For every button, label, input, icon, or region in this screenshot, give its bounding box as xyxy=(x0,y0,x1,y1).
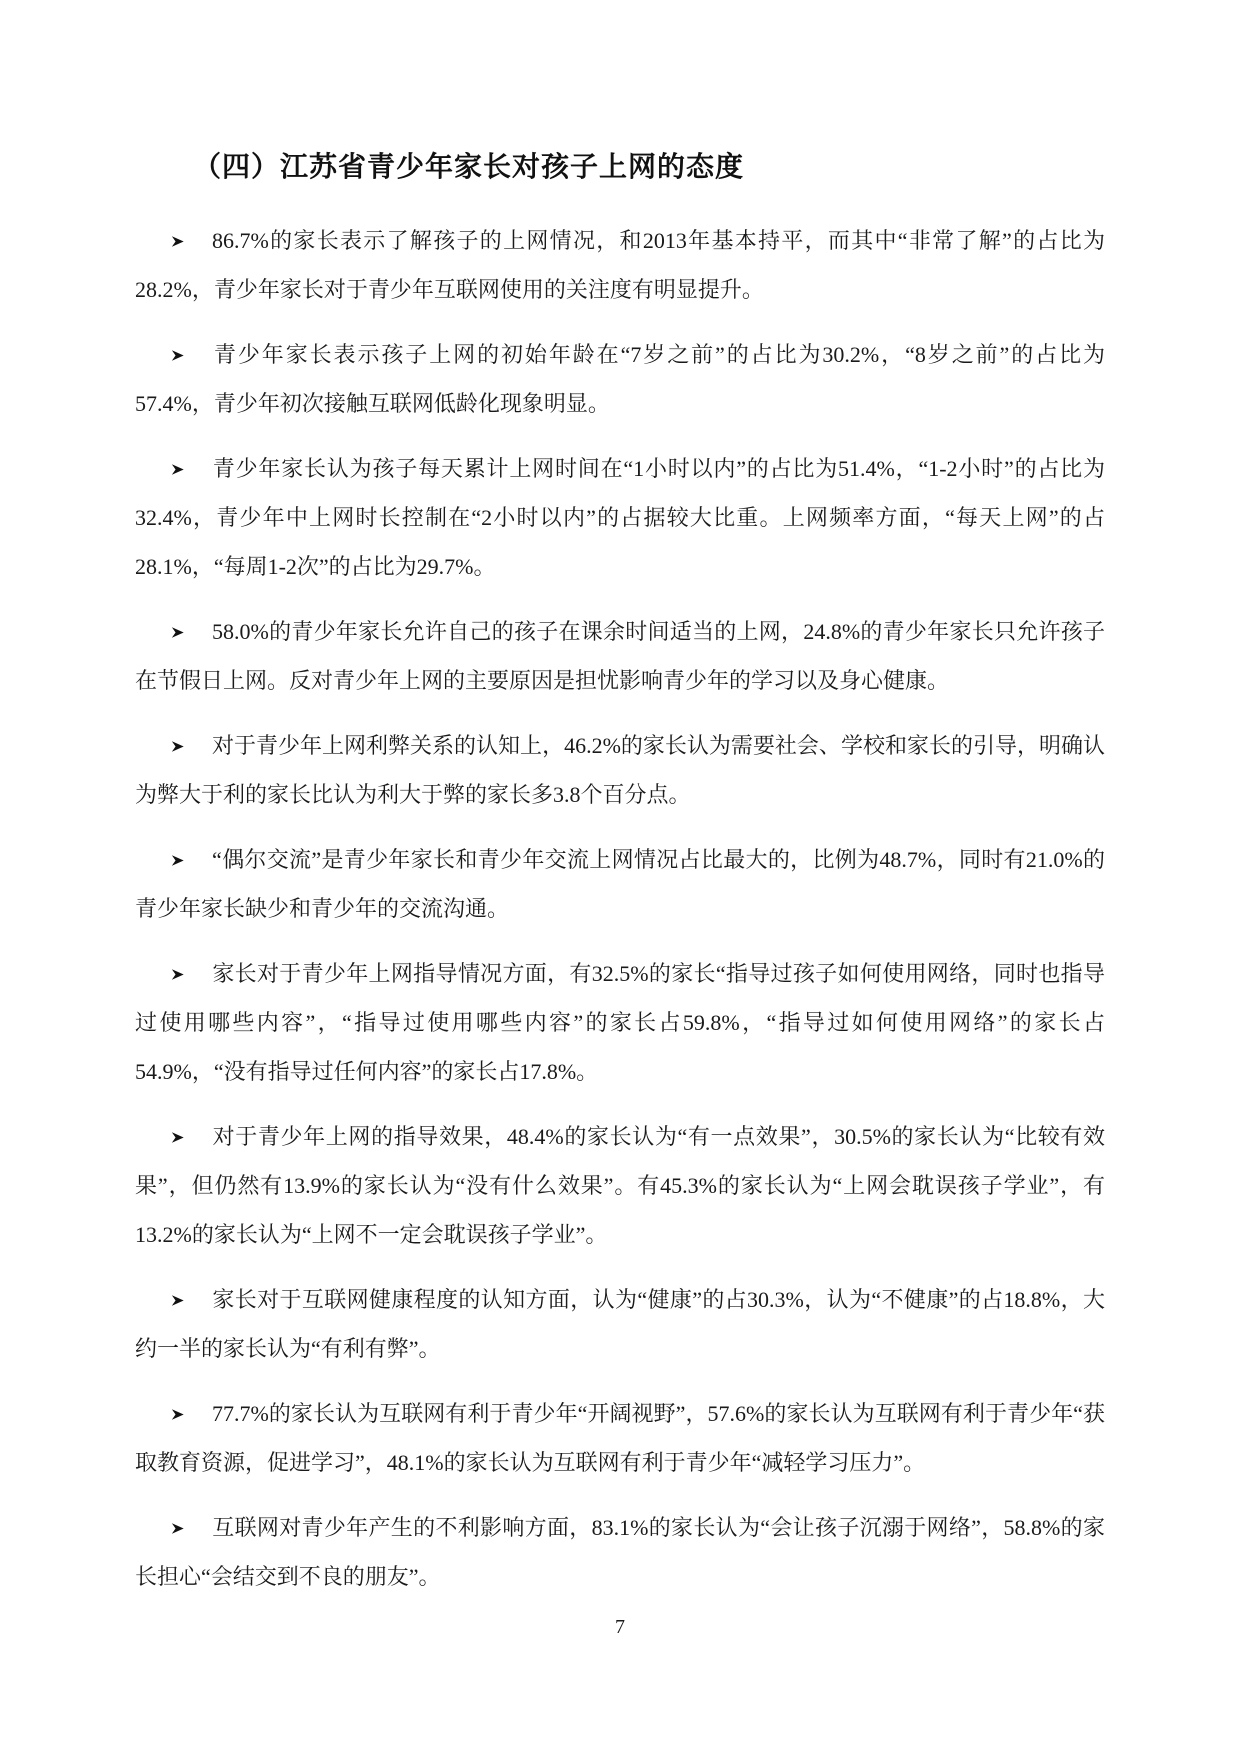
bullet-paragraph: 青少年家长表示孩子上网的初始年龄在“7岁之前”的占比为30.2%，“8岁之前”的… xyxy=(135,330,1105,428)
paragraph-text: 对于青少年上网利弊关系的认知上，46.2%的家长认为需要社会、学校和家长的引导，… xyxy=(135,733,1105,807)
bullet-paragraph: 86.7%的家长表示了解孩子的上网情况，和2013年基本持平，而其中“非常了解”… xyxy=(135,216,1105,314)
paragraph-text: 家长对于互联网健康程度的认知方面，认为“健康”的占30.3%，认为“不健康”的占… xyxy=(135,1287,1105,1361)
document-page: （四）江苏省青少年家长对孩子上网的态度 86.7%的家长表示了解孩子的上网情况，… xyxy=(0,0,1240,1754)
paragraph-text: 互联网对青少年产生的不利影响方面，83.1%的家长认为“会让孩子沉溺于网络”，5… xyxy=(135,1515,1105,1589)
bullet-paragraph: 58.0%的青少年家长允许自己的孩子在课余时间适当的上网，24.8%的青少年家长… xyxy=(135,607,1105,705)
paragraph-text: 青少年家长认为孩子每天累计上网时间在“1小时以内”的占比为51.4%，“1-2小… xyxy=(135,456,1105,579)
paragraph-text: 86.7%的家长表示了解孩子的上网情况，和2013年基本持平，而其中“非常了解”… xyxy=(135,228,1105,302)
arrow-bullet-icon xyxy=(171,216,186,265)
bullet-paragraph: 互联网对青少年产生的不利影响方面，83.1%的家长认为“会让孩子沉溺于网络”，5… xyxy=(135,1503,1105,1601)
page-number: 7 xyxy=(135,1607,1105,1647)
bullet-paragraph: 家长对于青少年上网指导情况方面，有32.5%的家长“指导过孩子如何使用网络，同时… xyxy=(135,949,1105,1096)
paragraph-text: 对于青少年上网的指导效果，48.4%的家长认为“有一点效果”，30.5%的家长认… xyxy=(135,1124,1105,1247)
arrow-bullet-icon xyxy=(171,1275,186,1324)
paragraph-text: 青少年家长表示孩子上网的初始年龄在“7岁之前”的占比为30.2%，“8岁之前”的… xyxy=(135,342,1105,416)
arrow-bullet-icon xyxy=(171,835,186,884)
bullet-paragraph: 对于青少年上网利弊关系的认知上，46.2%的家长认为需要社会、学校和家长的引导，… xyxy=(135,721,1105,819)
paragraph-text: 家长对于青少年上网指导情况方面，有32.5%的家长“指导过孩子如何使用网络，同时… xyxy=(135,961,1105,1084)
arrow-bullet-icon xyxy=(171,444,186,493)
arrow-bullet-icon xyxy=(171,721,186,770)
arrow-bullet-icon xyxy=(171,1503,186,1552)
section-title: （四）江苏省青少年家长对孩子上网的态度 xyxy=(193,146,1105,188)
arrow-bullet-icon xyxy=(171,1112,186,1161)
bullet-paragraph: 对于青少年上网的指导效果，48.4%的家长认为“有一点效果”，30.5%的家长认… xyxy=(135,1112,1105,1259)
paragraph-text: 58.0%的青少年家长允许自己的孩子在课余时间适当的上网，24.8%的青少年家长… xyxy=(135,619,1105,693)
bullet-paragraph: 青少年家长认为孩子每天累计上网时间在“1小时以内”的占比为51.4%，“1-2小… xyxy=(135,444,1105,591)
paragraph-text: 77.7%的家长认为互联网有利于青少年“开阔视野”，57.6%的家长认为互联网有… xyxy=(135,1401,1105,1475)
arrow-bullet-icon xyxy=(171,330,186,379)
bullet-paragraph: “偶尔交流”是青少年家长和青少年交流上网情况占比最大的，比例为48.7%，同时有… xyxy=(135,835,1105,933)
arrow-bullet-icon xyxy=(171,1389,186,1438)
bullet-paragraph: 家长对于互联网健康程度的认知方面，认为“健康”的占30.3%，认为“不健康”的占… xyxy=(135,1275,1105,1373)
arrow-bullet-icon xyxy=(171,949,186,998)
arrow-bullet-icon xyxy=(171,607,186,656)
bullet-paragraph: 77.7%的家长认为互联网有利于青少年“开阔视野”，57.6%的家长认为互联网有… xyxy=(135,1389,1105,1487)
paragraph-text: “偶尔交流”是青少年家长和青少年交流上网情况占比最大的，比例为48.7%，同时有… xyxy=(135,847,1105,921)
